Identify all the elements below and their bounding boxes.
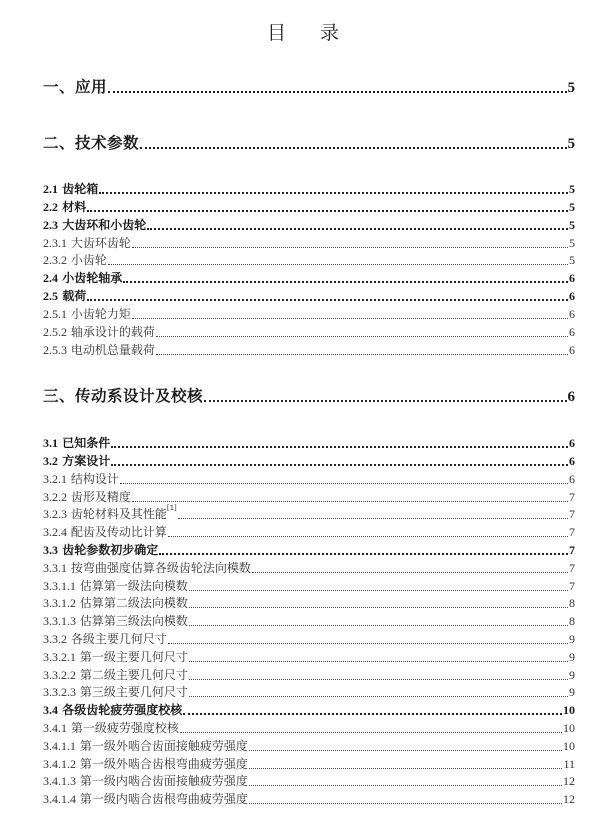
toc-entry[interactable]: 2.5.3 电动机总量载荷6 [43, 341, 575, 358]
toc-entry[interactable]: 2.4 小齿轮轴承6 [43, 269, 575, 286]
toc-entry-label[interactable]: 3.1 已知条件 [43, 434, 110, 451]
dot-leader [204, 400, 566, 402]
toc-entry-label[interactable]: 2.5 载荷 [43, 287, 86, 304]
toc-entry-label[interactable]: 3.3.1.1 估算第一级法向模数 [43, 577, 188, 594]
toc-entry-label[interactable]: 3.3.1.2 估算第二级法向模数 [43, 594, 188, 611]
toc-entry-label[interactable]: 2.3.1 大齿环齿轮 [43, 234, 131, 251]
toc-entry-page-number: 12 [563, 774, 575, 789]
dot-leader [132, 318, 568, 319]
dot-leader [180, 732, 562, 733]
toc-entry-label[interactable]: 2.5.2 轴承设计的载荷 [43, 323, 155, 340]
toc-entry[interactable]: 2.2 材料5 [43, 198, 575, 215]
toc-entry[interactable]: 3.4.1.4 第一级内啮合齿根弯曲疲劳强度12 [43, 790, 575, 807]
toc-entry-label[interactable]: 2.1 齿轮箱 [43, 180, 98, 197]
toc-entry-number: 2.5.2 [43, 325, 67, 339]
toc-entry[interactable]: 3.3.1.2 估算第二级法向模数8 [43, 594, 575, 611]
toc-entry-page-number: 5 [569, 236, 575, 251]
toc-entry-label[interactable]: 3.4.1 第一级疲劳强度校核 [43, 719, 179, 736]
dot-leader [189, 696, 568, 697]
toc-entry-text: 第一级外啮合齿根弯曲疲劳强度 [80, 757, 248, 771]
toc-entry-label[interactable]: 2.5.3 电动机总量载荷 [43, 341, 155, 358]
dot-leader [189, 625, 568, 626]
dot-leader [147, 228, 568, 230]
toc-entry-number: 3.3.2.1 [43, 650, 76, 664]
toc-entry-label[interactable]: 3.2.1 结构设计 [43, 470, 119, 487]
toc-entry-text: 第二级主要几何尺寸 [80, 668, 188, 682]
toc-entry-text: 结构设计 [71, 472, 119, 486]
toc-entry-label[interactable]: 3.3.2.1 第一级主要几何尺寸 [43, 648, 188, 665]
toc-entry-text: 第一级外啮合齿面接触疲劳强度 [80, 739, 248, 753]
dot-leader [189, 661, 568, 662]
toc-entry[interactable]: 一、应用5 [43, 77, 575, 97]
toc-entry-page-number: 6 [569, 271, 575, 286]
toc-entry[interactable]: 3.1 已知条件6 [43, 434, 575, 451]
toc-entry-text: 齿轮参数初步确定 [62, 543, 158, 557]
toc-entry-page-number: 6 [569, 307, 575, 322]
toc-entry[interactable]: 3.3.2 各级主要几何尺寸9 [43, 630, 575, 647]
toc-entry-page-number: 11 [563, 757, 575, 772]
citation-reference[interactable]: [1] [167, 504, 177, 512]
toc-entry-label[interactable]: 3.3.2.2 第二级主要几何尺寸 [43, 666, 188, 683]
toc-entry-page-number: 5 [569, 253, 575, 268]
toc-entry-label[interactable]: 一、应用 [43, 75, 107, 97]
toc-entry-page-number: 7 [569, 507, 575, 522]
toc-entry[interactable]: 3.3.2.1 第一级主要几何尺寸9 [43, 648, 575, 665]
toc-entry-label[interactable]: 3.2.3 齿轮材料及其性能[1] [43, 505, 177, 522]
toc-entry-text: 轴承设计的载荷 [71, 325, 155, 339]
toc-entry-label[interactable]: 3.4.1.1 第一级外啮合齿面接触疲劳强度 [43, 737, 248, 754]
toc-entry-label[interactable]: 2.5.1 小齿轮力矩 [43, 305, 131, 322]
toc-entry-label[interactable]: 二、技术参数 [43, 131, 139, 153]
toc-entry-text: 估算第二级法向模数 [80, 596, 188, 610]
toc-entry[interactable]: 三、传动系设计及校核6 [43, 386, 575, 406]
toc-entry-text: 按弯曲强度估算各级齿轮法向模数 [71, 561, 251, 575]
dot-leader [189, 679, 568, 680]
toc-entry-text: 齿轮箱 [62, 182, 98, 196]
toc-entry-number: 3.4.1.1 [43, 739, 76, 753]
toc-entry-label[interactable]: 3.4.1.2 第一级外啮合齿根弯曲疲劳强度 [43, 755, 248, 772]
toc-entry-number: 3.2.2 [43, 490, 67, 504]
toc-entry-text: 第一级内啮合齿根弯曲疲劳强度 [80, 792, 248, 806]
dot-leader [132, 247, 568, 248]
dot-leader [159, 553, 568, 555]
toc-entry-text: 应用 [75, 78, 107, 96]
dot-leader [111, 446, 568, 448]
toc-entry-label[interactable]: 3.4.1.4 第一级内啮合齿根弯曲疲劳强度 [43, 790, 248, 807]
toc-entry-label[interactable]: 2.4 小齿轮轴承 [43, 269, 122, 286]
toc-entry-page-number: 10 [563, 721, 575, 736]
toc-entry-page-number: 5 [569, 182, 575, 197]
toc-entry[interactable]: 3.4.1.2 第一级外啮合齿根弯曲疲劳强度11 [43, 755, 575, 772]
toc-entry[interactable]: 2.3.1 大齿环齿轮5 [43, 234, 575, 251]
toc-entry-page-number: 9 [569, 632, 575, 647]
toc-entry-text: 大齿环齿轮 [71, 236, 131, 250]
toc-entry-page-number: 5 [569, 200, 575, 215]
dot-leader [183, 713, 562, 715]
toc-entry-text: 小齿轮 [71, 253, 107, 267]
toc-entry-page-number: 7 [569, 561, 575, 576]
toc-entry-number: 3.1 [43, 436, 58, 450]
dot-leader [132, 501, 568, 502]
toc-entry-text: 第一级疲劳强度校核 [71, 721, 179, 735]
toc-entry-label[interactable]: 3.2 方案设计 [43, 452, 110, 469]
toc-entry-page-number: 6 [569, 472, 575, 487]
toc-entry-number: 3.3.1.1 [43, 579, 76, 593]
toc-entry-text: 技术参数 [75, 134, 139, 152]
toc-entry[interactable]: 2.3 大齿环和小齿轮5 [43, 216, 575, 233]
toc-entry[interactable]: 3.2.2 齿形及精度7 [43, 488, 575, 505]
toc-entry[interactable]: 3.3.2.2 第二级主要几何尺寸9 [43, 666, 575, 683]
toc-entry[interactable]: 2.5.2 轴承设计的载荷6 [43, 323, 575, 340]
toc-entry-text: 电动机总量载荷 [71, 343, 155, 357]
toc-entry[interactable]: 3.4.1 第一级疲劳强度校核10 [43, 719, 575, 736]
toc-entry-number: 2.3.1 [43, 236, 67, 250]
toc-entry-label[interactable]: 3.3.2.3 第三级主要几何尺寸 [43, 683, 188, 700]
toc-entry[interactable]: 3.2.3 齿轮材料及其性能[1]7 [43, 505, 575, 522]
dot-leader [123, 281, 568, 283]
toc-entry[interactable]: 2.5.1 小齿轮力矩6 [43, 305, 575, 322]
page-title: 目 录 [0, 18, 606, 45]
dot-leader [99, 192, 568, 194]
toc-entry-page-number: 6 [568, 389, 576, 406]
toc-entry-page-number: 6 [569, 436, 575, 451]
dot-leader [252, 572, 568, 573]
toc-entry-number: 2.5 [43, 289, 58, 303]
dot-leader [178, 518, 568, 519]
toc-entry-label[interactable]: 3.4 各级齿轮疲劳强度校核 [43, 701, 182, 718]
toc-entry-number: 3.4.1.3 [43, 774, 76, 788]
toc-entry[interactable]: 2.3.2 小齿轮5 [43, 251, 575, 268]
toc-entry-number: 2.3 [43, 218, 58, 232]
toc-entry-number: 3.3.1.2 [43, 596, 76, 610]
toc-entry-number: 2.1 [43, 182, 58, 196]
toc-entry-text: 配齿及传动比计算 [71, 525, 167, 539]
dot-leader [156, 354, 568, 355]
dot-leader [108, 264, 568, 265]
toc-entry-number: 3.3.2.3 [43, 685, 76, 699]
toc-entry-number: 3.2.1 [43, 472, 67, 486]
toc-entry-number: 二、 [43, 134, 75, 152]
toc-entry-text: 各级主要几何尺寸 [71, 632, 167, 646]
toc-entry-page-number: 9 [569, 668, 575, 683]
toc-entry-page-number: 5 [568, 80, 576, 97]
toc-entry-number: 3.3.1 [43, 561, 67, 575]
toc-entry-text: 各级齿轮疲劳强度校核 [62, 703, 182, 717]
toc-entry-label[interactable]: 3.3 齿轮参数初步确定 [43, 541, 158, 558]
toc-entry-number: 3.2.3 [43, 507, 67, 521]
toc-entry-label[interactable]: 3.4.1.3 第一级内啮合齿面接触疲劳强度 [43, 772, 248, 789]
toc-entry-label[interactable]: 3.3.1.3 估算第三级法向模数 [43, 612, 188, 629]
toc-entry[interactable]: 3.2.4 配齿及传动比计算7 [43, 523, 575, 540]
toc-entry-number: 3.2 [43, 454, 58, 468]
toc-entry-page-number: 9 [569, 685, 575, 700]
toc-entry-label[interactable]: 三、传动系设计及校核 [43, 384, 203, 406]
toc-entry-page-number: 6 [569, 343, 575, 358]
toc-entry-text: 大齿环和小齿轮 [62, 218, 146, 232]
toc-entry-label[interactable]: 2.3.2 小齿轮 [43, 251, 107, 268]
toc-entry[interactable]: 3.2 方案设计6 [43, 452, 575, 469]
dot-leader [189, 590, 568, 591]
toc-entry-text: 估算第一级法向模数 [80, 579, 188, 593]
toc-entry[interactable]: 3.3 齿轮参数初步确定7 [43, 541, 575, 558]
toc-entry-number: 2.3.2 [43, 253, 67, 267]
toc-entry-page-number: 6 [569, 454, 575, 469]
toc-entry[interactable]: 二、技术参数5 [43, 133, 575, 153]
toc-entry-text: 第一级主要几何尺寸 [80, 650, 188, 664]
toc-entry[interactable]: 3.3.1.1 估算第一级法向模数7 [43, 577, 575, 594]
toc-entry-page-number: 7 [569, 490, 575, 505]
dot-leader [108, 91, 566, 93]
toc-entry-number: 3.4.1 [43, 721, 67, 735]
toc-entry[interactable]: 3.3.2.3 第三级主要几何尺寸9 [43, 683, 575, 700]
toc-entry-label[interactable]: 3.2.4 配齿及传动比计算 [43, 523, 167, 540]
toc-entry-number: 3.4.1.2 [43, 757, 76, 771]
toc-entry-number: 3.4.1.4 [43, 792, 76, 806]
toc-entry-label[interactable]: 3.3.2 各级主要几何尺寸 [43, 630, 167, 647]
toc-entry-text: 传动系设计及校核 [75, 387, 203, 405]
toc-entry-number: 3.3 [43, 543, 58, 557]
toc-entry-text: 已知条件 [62, 436, 110, 450]
dot-leader [249, 785, 562, 786]
toc-entry-text: 齿形及精度 [71, 490, 131, 504]
dot-leader [140, 147, 566, 149]
toc-entry[interactable]: 3.2.1 结构设计6 [43, 470, 575, 487]
toc-entry-number: 3.2.4 [43, 525, 67, 539]
toc-entry-page-number: 12 [563, 792, 575, 807]
toc-entry-label[interactable]: 2.2 材料 [43, 198, 86, 215]
toc-entry-text: 第一级内啮合齿面接触疲劳强度 [80, 774, 248, 788]
toc-entry-label[interactable]: 2.3 大齿环和小齿轮 [43, 216, 146, 233]
toc-entry-text: 材料 [62, 200, 86, 214]
dot-leader [156, 336, 568, 337]
dot-leader [87, 210, 568, 212]
toc-entry-text: 载荷 [62, 289, 86, 303]
toc-entry[interactable]: 3.4.1.1 第一级外啮合齿面接触疲劳强度10 [43, 737, 575, 754]
dot-leader [249, 768, 563, 769]
toc-entry[interactable]: 2.5 载荷6 [43, 287, 575, 304]
toc-entry-text: 第三级主要几何尺寸 [80, 685, 188, 699]
toc-entry-number: 2.5.1 [43, 307, 67, 321]
toc-entry-page-number: 8 [569, 614, 575, 629]
toc-entry-page-number: 7 [569, 543, 575, 558]
toc-entry-text: 估算第三级法向模数 [80, 614, 188, 628]
toc-entry-number: 3.3.2.2 [43, 668, 76, 682]
toc-entry[interactable]: 3.3.1 按弯曲强度估算各级齿轮法向模数7 [43, 559, 575, 576]
toc-entry[interactable]: 3.3.1.3 估算第三级法向模数8 [43, 612, 575, 629]
toc-entry-page-number: 9 [569, 650, 575, 665]
toc-entry-label[interactable]: 3.2.2 齿形及精度 [43, 488, 131, 505]
dot-leader [87, 299, 568, 301]
toc-entry-number: 3.3.1.3 [43, 614, 76, 628]
dot-leader [120, 483, 568, 484]
dot-leader [249, 750, 562, 751]
toc-entry-number: 2.2 [43, 200, 58, 214]
toc-entry-page-number: 10 [563, 703, 575, 718]
toc-entry-number: 一、 [43, 78, 75, 96]
dot-leader [111, 464, 568, 466]
toc-entry-page-number: 6 [569, 289, 575, 304]
toc-entry-text: 方案设计 [62, 454, 110, 468]
toc-entry-number: 3.4 [43, 703, 58, 717]
dot-leader [168, 643, 568, 644]
toc-entry-number: 2.4 [43, 271, 58, 285]
toc-entry-text: 小齿轮轴承 [62, 271, 122, 285]
toc-entry-label[interactable]: 3.3.1 按弯曲强度估算各级齿轮法向模数 [43, 559, 251, 576]
toc-entry-number: 三、 [43, 387, 75, 405]
toc-entry-page-number: 7 [569, 579, 575, 594]
toc-entry-page-number: 8 [569, 596, 575, 611]
dot-leader [168, 536, 568, 537]
toc-entry-number: 2.5.3 [43, 343, 67, 357]
toc-entry-page-number: 10 [563, 739, 575, 754]
toc-entry-text: 齿轮材料及其性能 [71, 507, 167, 521]
dot-leader [189, 607, 568, 608]
toc-entry-text: 小齿轮力矩 [71, 307, 131, 321]
toc-entry-number: 3.3.2 [43, 632, 67, 646]
toc-entry-page-number: 7 [569, 525, 575, 540]
dot-leader [249, 803, 562, 804]
toc-entry-page-number: 5 [568, 136, 576, 153]
toc-entry[interactable]: 2.1 齿轮箱5 [43, 180, 575, 197]
toc-entry-page-number: 5 [569, 218, 575, 233]
toc-entry[interactable]: 3.4 各级齿轮疲劳强度校核10 [43, 701, 575, 718]
toc-entry[interactable]: 3.4.1.3 第一级内啮合齿面接触疲劳强度12 [43, 772, 575, 789]
toc-entry-page-number: 6 [569, 325, 575, 340]
